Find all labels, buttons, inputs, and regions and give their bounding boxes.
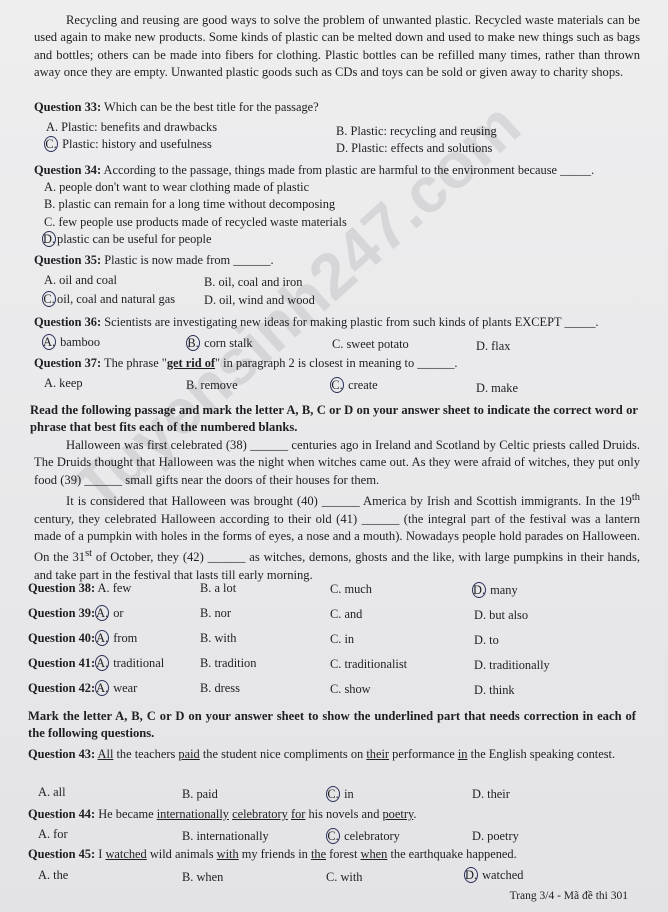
- question-39: Question 39:A. or: [28, 605, 124, 621]
- question-34: Question 34: According to the passage, t…: [34, 162, 644, 178]
- passage-recycling: Recycling and reusing are good ways to s…: [34, 12, 640, 82]
- passage-halloween-p1: Halloween was first celebrated (38) ____…: [34, 437, 640, 489]
- q35-option-b[interactable]: B. oil, coal and iron: [204, 274, 302, 290]
- q43-option-a[interactable]: A. all: [38, 784, 66, 800]
- page-footer: Trang 3/4 - Mã đề thi 301: [510, 890, 628, 902]
- q36-option-c[interactable]: C. sweet potato: [332, 336, 409, 352]
- question-35: Question 35: Plastic is now made from __…: [34, 252, 644, 268]
- instruction-cloze: Read the following passage and mark the …: [30, 402, 638, 436]
- q42-option-d[interactable]: D. think: [474, 682, 515, 698]
- question-37: Question 37: The phrase "get rid of" in …: [34, 355, 644, 371]
- q44-option-a[interactable]: A. for: [38, 826, 68, 842]
- question-38: Question 38: A. few: [28, 580, 131, 596]
- q33-option-c[interactable]: C. Plastic: history and usefulness: [44, 136, 212, 152]
- question-43: Question 43: All the teachers paid the s…: [28, 746, 640, 763]
- q36-option-d[interactable]: D. flax: [476, 338, 510, 354]
- q44-option-c[interactable]: C. celebratory: [326, 828, 400, 844]
- instruction-error-id: Mark the letter A, B, C or D on your ans…: [28, 708, 636, 742]
- q33-option-b[interactable]: B. Plastic: recycling and reusing: [336, 123, 497, 139]
- q33-option-d[interactable]: D. Plastic: effects and solutions: [336, 140, 492, 156]
- q44-option-b[interactable]: B. internationally: [182, 828, 269, 844]
- q45-option-c[interactable]: C. with: [326, 869, 363, 885]
- q37-option-b[interactable]: B. remove: [186, 377, 238, 393]
- question-36: Question 36: Scientists are investigatin…: [34, 314, 644, 330]
- q35-option-d[interactable]: D. oil, wind and wood: [204, 292, 315, 308]
- q45-option-b[interactable]: B. when: [182, 869, 223, 885]
- exam-page: Tuyensinh247.com Recycling and reusing a…: [0, 0, 668, 912]
- q34-option-a[interactable]: A. people don't want to wear clothing ma…: [44, 179, 309, 195]
- q45-option-d[interactable]: D. watched: [464, 867, 523, 883]
- q40-option-d[interactable]: D. to: [474, 632, 499, 648]
- q37-option-c[interactable]: C. create: [330, 377, 378, 393]
- question-41: Question 41:A. traditional: [28, 655, 164, 671]
- q43-option-c[interactable]: C. in: [326, 786, 354, 802]
- question-44: Question 44: He became internationally c…: [28, 806, 638, 822]
- q41-option-c[interactable]: C. traditionalist: [330, 656, 407, 672]
- question-45: Question 45: I watched wild animals with…: [28, 846, 638, 862]
- q43-option-d[interactable]: D. their: [472, 786, 510, 802]
- passage-halloween-p2: It is considered that Halloween was brou…: [34, 489, 640, 584]
- q38-option-c[interactable]: C. much: [330, 581, 372, 597]
- q39-option-c[interactable]: C. and: [330, 606, 362, 622]
- q40-option-b[interactable]: B. with: [200, 630, 237, 646]
- q34-option-b[interactable]: B. plastic can remain for a long time wi…: [44, 196, 335, 212]
- q35-option-a[interactable]: A. oil and coal: [44, 272, 117, 288]
- q38-option-b[interactable]: B. a lot: [200, 580, 236, 596]
- q45-option-a[interactable]: A. the: [38, 867, 68, 883]
- question-42: Question 42:A. wear: [28, 680, 137, 696]
- q42-option-b[interactable]: B. dress: [200, 680, 240, 696]
- q36-option-b[interactable]: B. corn stalk: [186, 335, 253, 351]
- question-33: Question 33: Which can be the best title…: [34, 99, 644, 115]
- q43-option-b[interactable]: B. paid: [182, 786, 218, 802]
- q41-option-b[interactable]: B. tradition: [200, 655, 256, 671]
- q39-option-b[interactable]: B. nor: [200, 605, 231, 621]
- q39-option-d[interactable]: D. but also: [474, 607, 528, 623]
- q37-option-d[interactable]: D. make: [476, 380, 518, 396]
- q36-option-a[interactable]: A. bamboo: [42, 334, 100, 350]
- q34-option-d[interactable]: D.plastic can be useful for people: [42, 231, 211, 247]
- q42-option-c[interactable]: C. show: [330, 681, 371, 697]
- q44-option-d[interactable]: D. poetry: [472, 828, 519, 844]
- q38-option-d[interactable]: D. many: [472, 582, 518, 598]
- q34-option-c[interactable]: C. few people use products made of recyc…: [44, 214, 347, 230]
- q40-option-c[interactable]: C. in: [330, 631, 354, 647]
- q41-option-d[interactable]: D. traditionally: [474, 657, 550, 673]
- question-40: Question 40:A. from: [28, 630, 137, 646]
- q35-option-c[interactable]: C.oil, coal and natural gas: [42, 291, 175, 307]
- q37-option-a[interactable]: A. keep: [44, 375, 83, 391]
- q33-option-a[interactable]: A. Plastic: benefits and drawbacks: [46, 119, 217, 135]
